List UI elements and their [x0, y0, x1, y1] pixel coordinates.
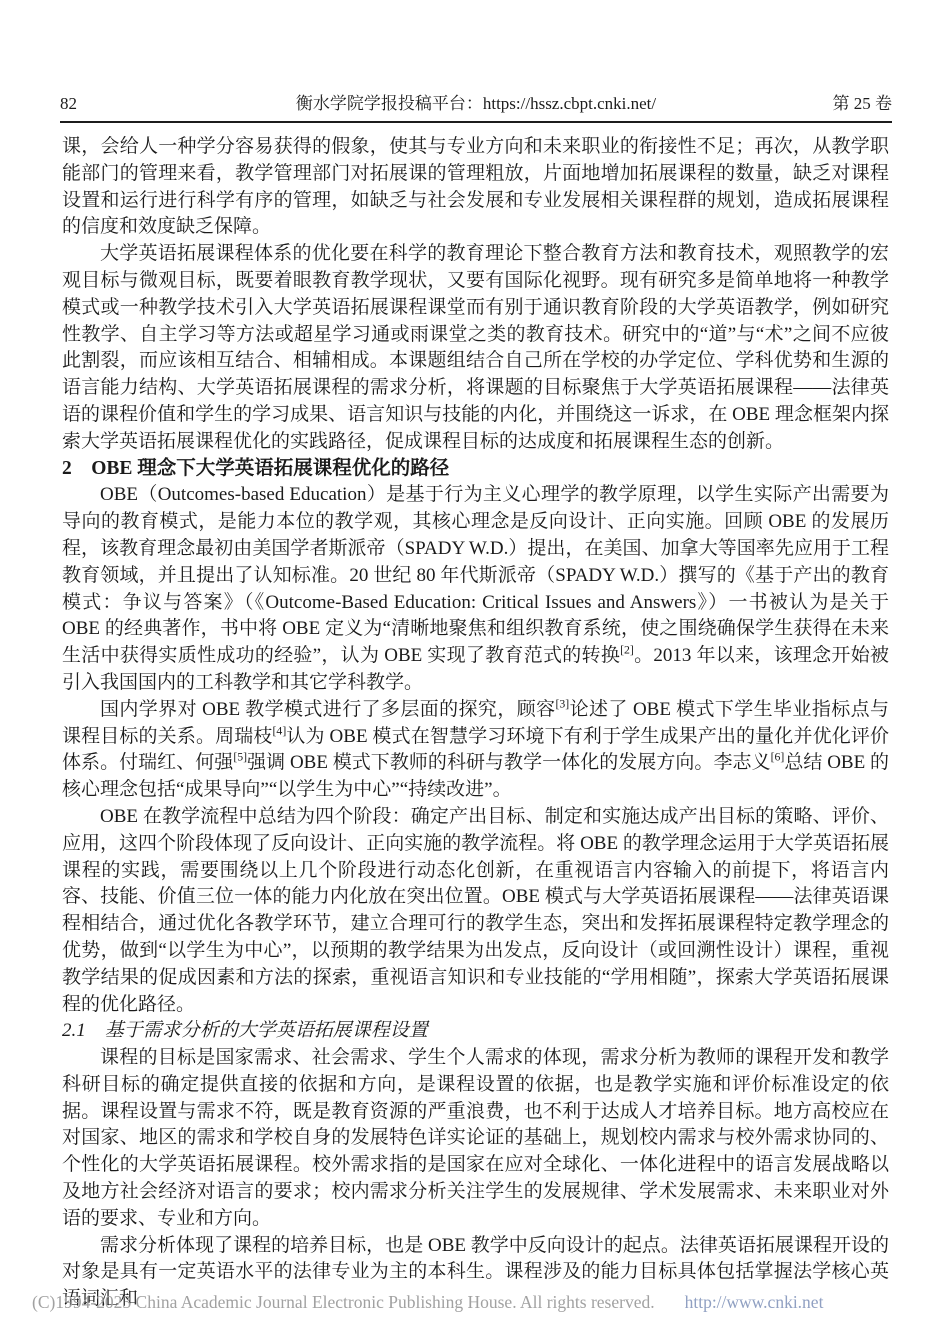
reference-superscript: [5]: [233, 751, 247, 764]
reference-superscript: [3]: [556, 697, 570, 710]
reference-superscript: [6]: [771, 751, 785, 764]
paragraph: 大学英语拓展课程体系的优化要在科学的教育理论下整合教育方法和教育技术，观照教学的…: [62, 241, 889, 455]
paragraph: 课程的目标是国家需求、社会需求、学生个人需求的体现，需求分析为教师的课程开发和教…: [62, 1045, 889, 1233]
running-head: 82 衡水学院学报投稿平台：https://hssz.cbpt.cnki.net…: [60, 94, 892, 123]
paragraph: OBE 在教学流程中总结为四个阶段：确定产出目标、制定和实施达成产出目标的策略、…: [62, 804, 889, 1018]
section-heading: 2.1 基于需求分析的大学英语拓展课程设置: [62, 1018, 889, 1045]
page-number: 82: [60, 94, 200, 114]
reference-superscript: [4]: [273, 724, 287, 737]
reference-superscript: [2]: [620, 644, 634, 657]
copyright-text: (C)1994-2023 China Academic Journal Elec…: [32, 1292, 655, 1312]
volume-label: 第 25 卷: [752, 94, 892, 114]
cnki-url-link[interactable]: http://www.cnki.net: [685, 1292, 824, 1312]
journal-platform-text: 衡水学院学报投稿平台：https://hssz.cbpt.cnki.net/: [200, 94, 752, 114]
paragraph: OBE（Outcomes-based Education）是基于行为主义心理学的…: [62, 482, 889, 696]
paragraph: 国内学界对 OBE 教学模式进行了多层面的探究，顾容[3]论述了 OBE 模式下…: [62, 697, 889, 804]
page-footer: (C)1994-2023 China Academic Journal Elec…: [32, 1292, 823, 1313]
paragraph: 课，会给人一种学分容易获得的假象，使其与专业方向和未来职业的衔接性不足；再次，从…: [62, 134, 889, 241]
journal-page: 82 衡水学院学报投稿平台：https://hssz.cbpt.cnki.net…: [0, 0, 950, 1344]
article-body: 课，会给人一种学分容易获得的假象，使其与专业方向和未来职业的衔接性不足；再次，从…: [62, 134, 889, 1313]
section-heading: 2 OBE 理念下大学英语拓展课程优化的路径: [62, 456, 889, 483]
